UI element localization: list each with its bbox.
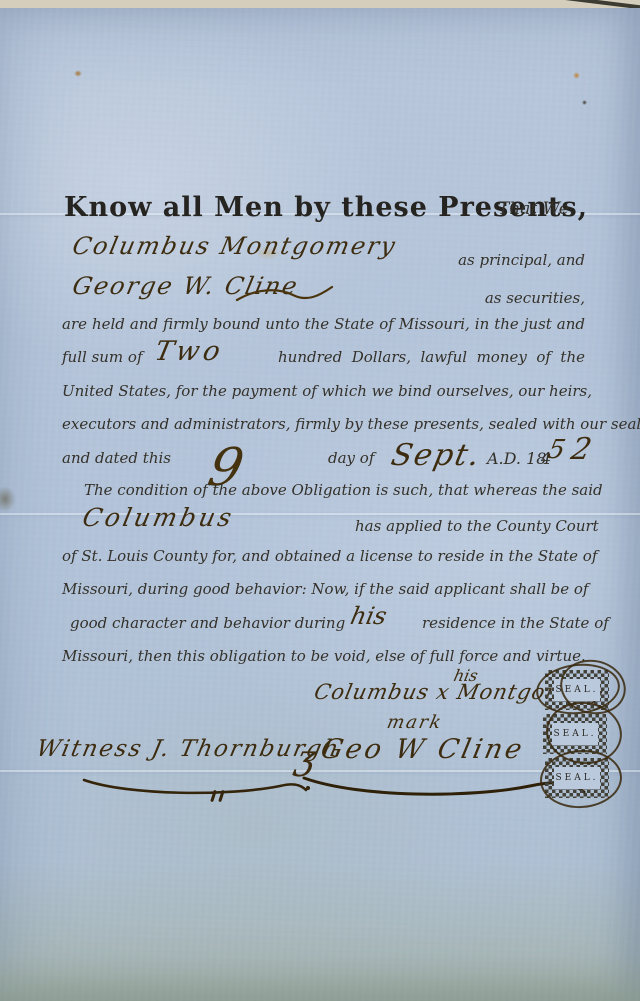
printed-year-ad: A.D. 18 <box>487 449 546 468</box>
printed-condition-line2: has applied to the County Court <box>355 517 585 535</box>
printed-condition-line6: Missouri, then this obligation to be voi… <box>62 647 525 665</box>
handwritten-sum: Two <box>152 336 227 367</box>
printed-body-line1: are held and firmly bound unto the State… <box>62 315 585 333</box>
heading-that-we: That We, <box>498 199 574 219</box>
printed-condition-line5b: residence in the State of <box>422 614 585 632</box>
witness-underline-flourish <box>80 772 310 798</box>
blue-paper-sheet: Know all Men by these Presents, That We,… <box>0 8 640 1001</box>
foxing-spot <box>573 72 580 79</box>
foxing-spot <box>74 70 82 77</box>
handwritten-month: Sept. <box>388 438 485 473</box>
handwritten-pronoun: his <box>348 602 389 630</box>
printed-condition-line3: of St. Louis County for, and obtained a … <box>62 547 585 565</box>
printed-day-of: day of <box>328 449 374 467</box>
pen-flourish <box>235 284 335 306</box>
ink-period-dot <box>306 786 310 790</box>
printed-condition-line4: Missouri, during good behavior: Now, if … <box>62 580 585 598</box>
scanned-bond-document: Know all Men by these Presents, That We,… <box>0 0 640 1001</box>
security-signature: Geo W Cline <box>318 734 528 765</box>
handwritten-principal-name: Columbus Montgomery <box>70 232 399 260</box>
printed-full-sum-of: full sum of <box>62 348 143 366</box>
printed-as-principal: as principal, and <box>385 251 585 269</box>
handwritten-applicant-name: Columbus <box>80 503 237 532</box>
printed-body-line2: hundred Dollars, lawful money of the <box>278 348 585 366</box>
printed-and-dated-this: and dated this <box>62 449 171 467</box>
handwritten-mark-word: mark <box>385 712 445 733</box>
printed-body-line4: executors and administrators, firmly by … <box>62 415 585 433</box>
handwritten-year-over-digit: 5 <box>545 435 568 465</box>
printed-condition-line5a: good character and behavior during <box>70 614 332 632</box>
seal-oval-scribble <box>538 747 624 811</box>
printed-body-line3: United States, for the payment of which … <box>62 382 585 400</box>
ink-smudge <box>0 486 16 512</box>
scan-edge-strip <box>0 0 640 8</box>
printed-as-securities: as securities, <box>405 289 585 307</box>
printed-condition-line1: The condition of the above Obligation is… <box>84 481 585 499</box>
bottom-shadow-band <box>0 955 640 1001</box>
ink-dot <box>582 100 587 105</box>
handwritten-year-added-digit: 2 <box>568 432 595 467</box>
